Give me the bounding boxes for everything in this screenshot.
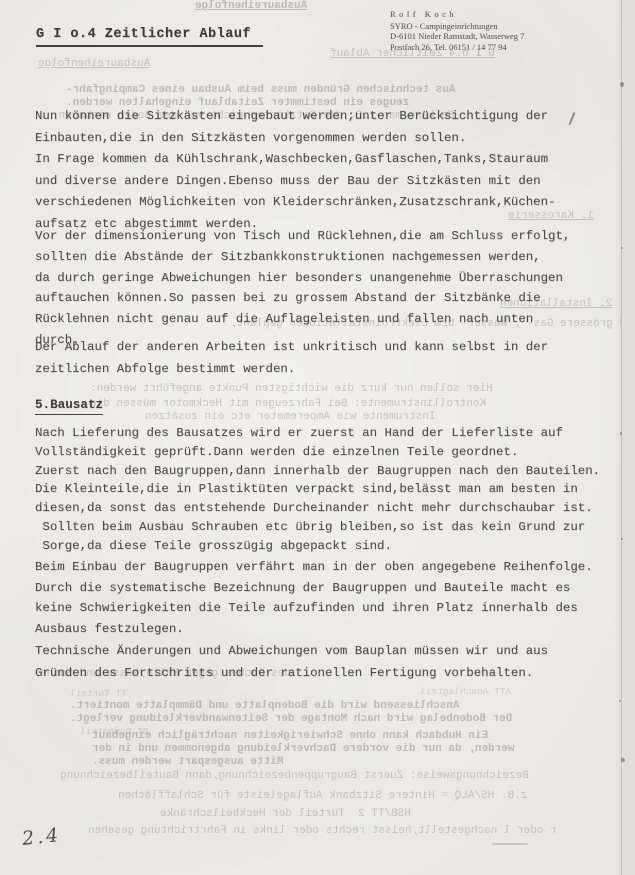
bleedthrough-line: BT Bodenteil: [80, 726, 148, 738]
bleedthrough-line: Hier sollen nur kurz die wichtigsten Pun…: [90, 383, 493, 395]
bleedthrough-line: ATT Anschlagteil: [420, 686, 511, 698]
ink-speck: [620, 82, 624, 87]
paragraph-dimensionierung: Vor der dimensionierung von Tisch und Rü…: [35, 226, 620, 351]
bleedthrough-line: r oder l nachgestellt,heisst rechts oder…: [88, 825, 557, 837]
ink-speck: [621, 758, 625, 762]
paragraph-aenderungen: Technische Änderungen und Abweichungen v…: [35, 641, 620, 684]
bleedthrough-line: Aus technischen Gründen muss beim Ausbau…: [66, 84, 455, 96]
stamp-address: D-6101 Nieder Ramstadt, Wasserweg 7: [390, 31, 524, 42]
bleedthrough-line: HSB/TT 2 Türteil der Heckbeilschränke: [160, 808, 411, 820]
paragraph-lieferung: Nach Lieferung des Bausatzes wird er zue…: [35, 424, 620, 556]
bleedthrough-line: Ausbaureihenfolge: [38, 58, 150, 70]
paragraph-einbau: Beim Einbau der Baugruppen verfährt man …: [35, 557, 620, 639]
stamp-name: Rolf Koch: [390, 9, 524, 20]
ink-speck: [619, 700, 621, 702]
bleedthrough-line: Anschliessend wird die Bodenplatte und D…: [70, 700, 459, 712]
bleedthrough-line: Ausbaureihenfolge: [195, 0, 307, 12]
bleedthrough-line: z.B. HS/ALQ = Hintere Sitzbank Auflagele…: [118, 790, 527, 802]
stamp-postbox: Postfach 26, Tel. 06151 / 14 77 94: [390, 42, 524, 53]
page-title: G I o.4 Zeitlicher Ablauf: [36, 27, 263, 47]
bleedthrough-line: Der Bodenbelag wird nach Montage der Sei…: [70, 713, 512, 725]
smudge-mark: [492, 843, 528, 845]
bleedthrough-line: Bezeichnungsweise: Zuerst Baugruppenbeze…: [60, 770, 529, 782]
bleedthrough-line: Instrumente wie Amperemeter etc ein zusä…: [145, 411, 435, 423]
page-edge: [621, 0, 635, 875]
paragraph-sitzkaesten: Nun können die Sitzkästen eingebaut werd…: [35, 106, 620, 235]
ink-speck: [620, 432, 622, 435]
paragraph-ablauf: Der Ablauf der anderen Arbeiten ist unkr…: [35, 337, 620, 380]
stamp-company: SYRO - Campingeinrichtungen: [390, 21, 524, 32]
bleedthrough-line: werden, da nur die vordere Dachverkleidu…: [92, 743, 514, 755]
page-number-handwritten: 2.4: [21, 824, 62, 850]
address-stamp: Rolf Koch SYRO - Campingeinrichtungen D-…: [390, 9, 524, 52]
section-heading-bausatz: 5.Bausatz: [35, 398, 103, 415]
bleedthrough-line: Mitte ausgespart werden muss.: [92, 756, 283, 768]
bleedthrough-line: TT Türteil: [70, 688, 127, 700]
scanned-document-page: AusbaureihenfolgeG I o.4 Zeitlicher Abla…: [0, 0, 635, 875]
ink-speck: [621, 247, 623, 249]
bleedthrough-line: Ein Hubdach kann ohne Schwierigkeiten na…: [92, 730, 488, 742]
bleedthrough-line: Kontrollinstrumente: Bei Fahrzeugen mit …: [90, 398, 486, 410]
ink-speck: [621, 538, 623, 540]
